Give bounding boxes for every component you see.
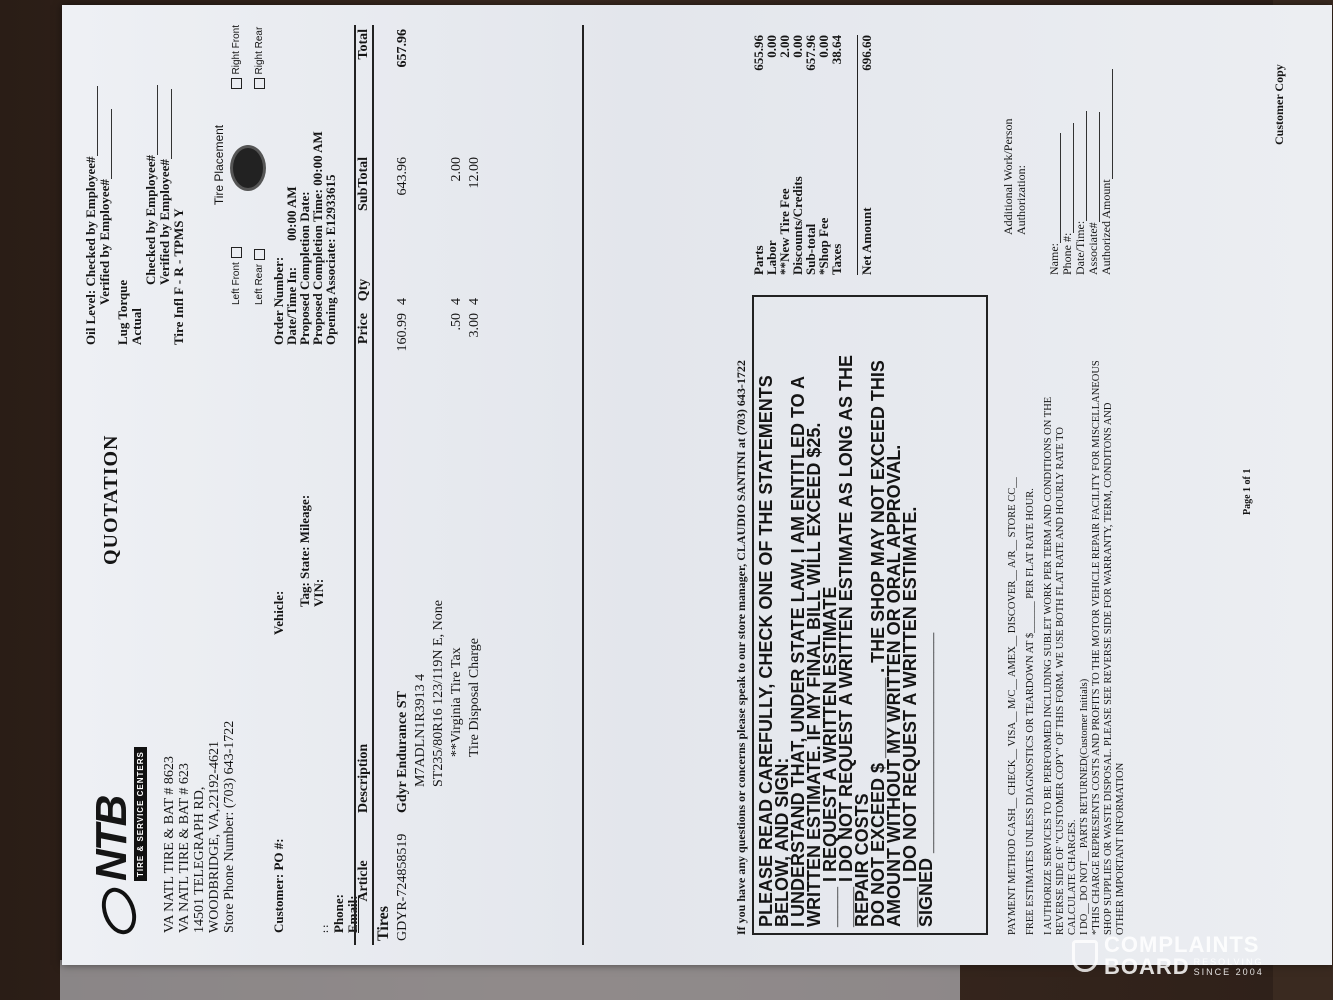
store-info: VA NATL TIRE & BAT # 8623 VA NATL TIRE &… xyxy=(162,721,237,933)
cell-article xyxy=(466,817,484,945)
actual-label: Actual xyxy=(130,25,144,345)
right-front-label: Right Front xyxy=(231,25,242,74)
store-line: VA NATL TIRE & BAT # 8623 xyxy=(162,721,177,933)
fine-print-line: I DO__ DO NOT__ PARTS RETURNED(Customer … xyxy=(1079,235,1091,935)
col-description: Description xyxy=(355,377,373,817)
logo-text: NTB xyxy=(90,747,134,881)
cell-price: 3.00 xyxy=(466,309,484,377)
cell-description: ST235/80R16 123/119N E, None xyxy=(430,377,448,817)
cell-subtotal: 643.96 xyxy=(394,153,412,271)
estimate-disclaimer: PLEASE READ CAREFULLY, CHECK ONE OF THE … xyxy=(752,295,988,935)
tire-inflation-label: Tire Infl F - R - TPMS Y xyxy=(172,25,186,345)
cell-total: 657.96 xyxy=(394,25,412,153)
authorization-field-input[interactable] xyxy=(1102,69,1113,179)
cell-subtotal xyxy=(430,153,448,271)
authorization-field-input[interactable] xyxy=(1063,123,1074,233)
manager-contact-note: If you have any questions or concerns pl… xyxy=(734,360,749,935)
fine-print-line: *THIS CHARGE REPRESENTS COSTS AND PROFIT… xyxy=(1091,235,1103,935)
tire-placement-label: Tire Placement xyxy=(212,25,226,305)
cell-total xyxy=(448,25,466,153)
customer-copy-label: Customer Copy xyxy=(1272,64,1287,145)
cell-qty: 4 xyxy=(394,271,412,309)
cell-subtotal: 12.00 xyxy=(466,153,484,271)
fine-print-line: REVERSE SIDE OF "CUSTOMER COPY" OF THIS … xyxy=(1055,235,1067,935)
fine-print-line: SHOP SUPPLIES OR WASTE DISPOSAL. PLEASE … xyxy=(1103,235,1115,935)
summary-row: Taxes38.64 xyxy=(830,35,843,275)
lug-checked-label: Checked by Employee# xyxy=(143,155,158,285)
authorization-field-label: Authorized Amount xyxy=(1099,179,1113,275)
watermark-tag1: RESOLVING xyxy=(1194,957,1264,967)
cell-price xyxy=(412,309,430,377)
vehicle-info: Vehicle: Tag: State: Mileage: VIN: xyxy=(272,495,326,635)
cell-article xyxy=(448,817,466,945)
fine-print-line: OTHER IMPORTANT INFORMATION xyxy=(1115,235,1127,935)
authorization-field-input[interactable] xyxy=(1050,133,1061,243)
quotation-document: NTB TIRE & SERVICE CENTERS QUOTATION VA … xyxy=(62,5,1332,965)
authorization-title: Additional Work/Person Authorization: xyxy=(1002,85,1028,275)
table-row: **Virginia Tire Tax.5042.00 xyxy=(448,25,466,945)
customer-info: Customer: PO #: : : Phone: Email: xyxy=(272,838,360,933)
fine-print-line: CALCULATE CHARGES. xyxy=(1067,235,1079,935)
left-rear-label: Left Rear xyxy=(254,264,265,305)
fine-print-line: FREE ESTIMATES UNLESS DIAGNOSTICS OR TEA… xyxy=(1025,235,1037,935)
cell-qty xyxy=(430,271,448,309)
table-row: ST235/80R16 123/119N E, None xyxy=(430,25,448,945)
logo-subtitle: TIRE & SERVICE CENTERS xyxy=(134,747,147,881)
right-rear-label: Right Rear xyxy=(254,27,265,75)
cell-description: M7ADLN1R3913 4 xyxy=(412,377,430,817)
cell-subtotal: 2.00 xyxy=(448,153,466,271)
shield-icon xyxy=(1072,940,1098,972)
background-surface xyxy=(60,960,960,1000)
oil-level-label: Oil Level: Checked by Employee# xyxy=(83,157,98,346)
vin-label: VIN: xyxy=(312,495,326,635)
complaintsboard-watermark: COMPLAINTS BOARD RESOLVING SINCE 2004 xyxy=(1072,934,1264,978)
authorization-field-label: Name: xyxy=(1047,243,1061,275)
authorization-field-label: Phone #: xyxy=(1060,233,1074,275)
authorization-field-label: Associate# xyxy=(1086,222,1100,275)
store-line: 14501 TELEGRAPH RD, xyxy=(192,721,207,933)
cell-description: **Virginia Tire Tax xyxy=(448,377,466,817)
watermark-line2: BOARD xyxy=(1104,956,1190,978)
right-front-checkbox[interactable] xyxy=(231,78,242,89)
disclaimer-line: SIGNED ______________________ xyxy=(918,303,934,927)
tag-label: Tag: State: Mileage: xyxy=(298,495,312,635)
cell-article xyxy=(430,817,448,945)
col-qty: Qty xyxy=(355,271,373,309)
cell-qty xyxy=(412,271,430,309)
cell-description: Tire Disposal Charge xyxy=(466,377,484,817)
ntb-logo: NTB TIRE & SERVICE CENTERS xyxy=(90,747,147,935)
store-line: WOODBRIDGE, VA,22192-4621 xyxy=(207,721,222,933)
cell-article: GDYR-724858519 xyxy=(394,817,412,945)
col-article: Article xyxy=(355,817,373,945)
cell-qty: 4 xyxy=(448,271,466,309)
page-number: Page 1 of 1 xyxy=(1242,469,1253,515)
right-rear-checkbox[interactable] xyxy=(254,78,265,89)
table-row: Tire Disposal Charge3.00412.00 xyxy=(466,25,484,945)
left-front-label: Left Front xyxy=(231,262,242,305)
vehicle-label: Vehicle: xyxy=(272,495,286,635)
left-rear-checkbox[interactable] xyxy=(254,249,265,260)
store-phone: Store Phone Number: (703) 643-1722 xyxy=(222,721,237,933)
cell-price: 160.99 xyxy=(394,309,412,377)
fine-print-line: I AUTHORIZE SERVICES TO BE PERFORMED INC… xyxy=(1043,235,1055,935)
cell-total xyxy=(466,25,484,153)
left-front-checkbox[interactable] xyxy=(231,247,242,258)
fine-print-line: PAYMENT METHOD CASH__ CHECK__ VISA__ M/C… xyxy=(1007,235,1019,935)
document-title: QUOTATION xyxy=(100,435,123,566)
watermark-tag2: SINCE 2004 xyxy=(1194,967,1264,977)
store-line: VA NATL TIRE & BAT # 623 xyxy=(177,721,192,933)
logo-tire-icon xyxy=(95,883,141,939)
net-amount-value: 696.60 xyxy=(860,35,873,71)
fine-print: PAYMENT METHOD CASH__ CHECK__ VISA__ M/C… xyxy=(1007,235,1127,935)
additional-authorization: Additional Work/Person Authorization: Na… xyxy=(1002,15,1113,275)
tire-placement: Tire Placement Left Front Left Rear Righ… xyxy=(212,25,270,305)
totals-summary: Parts655.96Labor0.00**New Tire Fee2.00Di… xyxy=(752,35,873,275)
cell-qty: 4 xyxy=(466,271,484,309)
table-divider xyxy=(582,25,584,945)
cell-total xyxy=(412,25,430,153)
cell-total xyxy=(430,25,448,153)
authorization-field-label: Date/Time: xyxy=(1073,221,1087,275)
receipt-photo: NTB TIRE & SERVICE CENTERS QUOTATION VA … xyxy=(62,5,1332,965)
section-label: Tires xyxy=(373,25,394,945)
tire-icon xyxy=(230,145,266,191)
col-total: Total xyxy=(355,25,373,153)
net-amount-label: Net Amount xyxy=(860,207,873,275)
col-price: Price xyxy=(355,309,373,377)
order-info: Order Number: Date/Time In: 00:00 AM Pro… xyxy=(272,131,337,345)
col-subtotal: SubTotal xyxy=(355,153,373,271)
cell-description: Gdyr Endurance ST xyxy=(394,377,412,817)
cell-article xyxy=(412,817,430,945)
phone-label: Phone: xyxy=(332,838,346,933)
items-table: Article Description Price Qty SubTotal T… xyxy=(354,25,484,945)
opening-associate: Opening Associate: E12933615 xyxy=(324,131,337,345)
lug-torque-label: Lug Torque xyxy=(116,25,130,345)
summary-row: *Shop Fee0.00 xyxy=(817,35,830,275)
watermark-line1: COMPLAINTS xyxy=(1104,934,1264,956)
customer-label: Customer: PO #: xyxy=(272,838,286,933)
table-row: M7ADLN1R3913 4 xyxy=(412,25,430,945)
table-row: GDYR-724858519Gdyr Endurance ST160.99464… xyxy=(394,25,412,945)
customer-separator: : : xyxy=(318,838,332,933)
service-checks: Oil Level: Checked by Employee# Verified… xyxy=(84,25,186,345)
cell-price: .50 xyxy=(448,309,466,377)
oil-verified-label: Verified by Employee# xyxy=(97,179,112,305)
cell-subtotal xyxy=(412,153,430,271)
authorization-field-input[interactable] xyxy=(1076,111,1087,221)
summary-row: Parts655.96 xyxy=(752,35,765,275)
summary-label: Taxes xyxy=(830,244,843,275)
cell-price xyxy=(430,309,448,377)
lug-verified-label: Verified by Employee# xyxy=(157,159,172,285)
summary-value: 38.64 xyxy=(830,35,843,64)
